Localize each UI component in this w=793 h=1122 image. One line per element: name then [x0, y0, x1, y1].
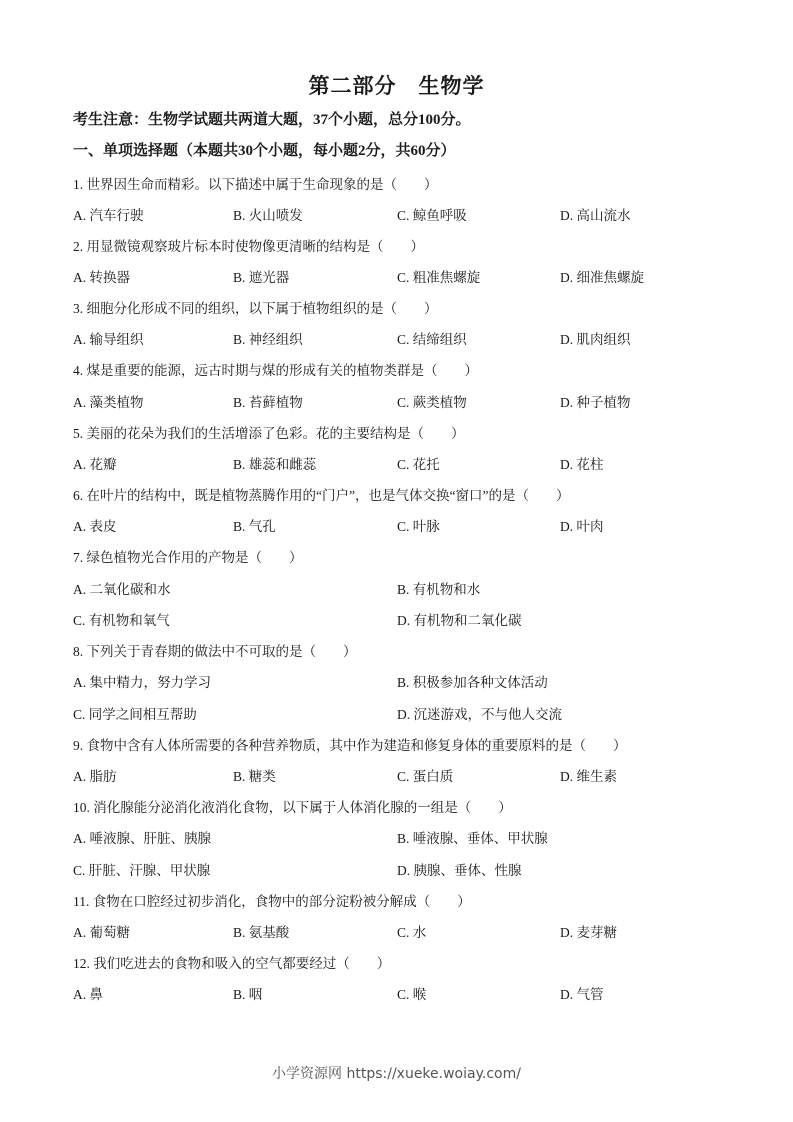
option-b: B. 糖类 — [233, 765, 276, 785]
option-b: B. 遮光器 — [233, 266, 289, 286]
options-row: A. 藻类植物 B. 苔藓植物 C. 蕨类植物 D. 种子植物 — [73, 391, 733, 411]
question-stem: 6. 在叶片的结构中，既是植物蒸腾作用的“门户”，也是气体交换“窗口”的是（ ） — [73, 484, 569, 504]
question-stem: 4. 煤是重要的能源，远古时期与煤的形成有关的植物类群是（ ） — [73, 359, 478, 379]
question-stem: 1. 世界因生命而精彩。以下描述中属于生命现象的是（ ） — [73, 173, 438, 193]
option-c: C. 喉 — [397, 983, 426, 1003]
option-d: D. 麦芽糖 — [560, 921, 617, 941]
option-c: C. 结缔组织 — [397, 328, 467, 348]
option-c: C. 花托 — [397, 453, 440, 473]
option-b: B. 唾液腺、垂体、甲状腺 — [397, 827, 548, 847]
options-row: A. 集中精力，努力学习 B. 积极参加各种文体活动 — [73, 671, 733, 691]
option-d: D. 花柱 — [560, 453, 604, 473]
option-c: C. 粗准焦螺旋 — [397, 266, 480, 286]
option-a: A. 唾液腺、肝脏、胰腺 — [73, 827, 211, 847]
options-row: A. 葡萄糖 B. 氨基酸 C. 水 D. 麦芽糖 — [73, 921, 733, 941]
option-d: D. 叶肉 — [560, 515, 604, 535]
option-a: A. 二氧化碳和水 — [73, 578, 171, 598]
option-a: A. 汽车行驶 — [73, 204, 144, 224]
options-row: A. 转换器 B. 遮光器 C. 粗准焦螺旋 D. 细准焦螺旋 — [73, 266, 733, 286]
question-stem: 9. 食物中含有人体所需要的各种营养物质，其中作为建造和修复身体的重要原料的是（… — [73, 734, 627, 754]
option-b: B. 气孔 — [233, 515, 276, 535]
option-c: C. 蕨类植物 — [397, 391, 467, 411]
option-b: B. 咽 — [233, 983, 262, 1003]
question-stem: 7. 绿色植物光合作用的产物是（ ） — [73, 546, 303, 566]
options-row: A. 输导组织 B. 神经组织 C. 结缔组织 D. 肌肉组织 — [73, 328, 733, 348]
question-stem: 10. 消化腺能分泌消化液消化食物，以下属于人体消化腺的一组是（ ） — [73, 796, 512, 816]
option-b: B. 神经组织 — [233, 328, 303, 348]
option-c: C. 肝脏、汗腺、甲状腺 — [73, 859, 210, 879]
options-row: A. 唾液腺、肝脏、胰腺 B. 唾液腺、垂体、甲状腺 — [73, 827, 733, 847]
option-c: C. 有机物和氧气 — [73, 609, 170, 629]
title-part: 第二部分 — [309, 74, 397, 98]
options-row: C. 肝脏、汗腺、甲状腺 D. 胰腺、垂体、性腺 — [73, 859, 733, 879]
options-row: A. 鼻 B. 咽 C. 喉 D. 气管 — [73, 983, 733, 1003]
option-a: A. 葡萄糖 — [73, 921, 130, 941]
question-stem: 5. 美丽的花朵为我们的生活增添了色彩。花的主要结构是（ ） — [73, 422, 465, 442]
option-d: D. 有机物和二氧化碳 — [397, 609, 522, 629]
options-row: C. 有机物和氧气 D. 有机物和二氧化碳 — [73, 609, 733, 629]
page-title: 第二部分生物学 — [0, 70, 793, 100]
option-a: A. 花瓣 — [73, 453, 117, 473]
option-d: D. 肌肉组织 — [560, 328, 631, 348]
question-stem: 8. 下列关于青春期的做法中不可取的是（ ） — [73, 640, 357, 660]
option-a: A. 表皮 — [73, 515, 117, 535]
option-b: B. 雄蕊和雌蕊 — [233, 453, 316, 473]
option-b: B. 火山喷发 — [233, 204, 303, 224]
option-b: B. 苔藓植物 — [233, 391, 303, 411]
question-stem: 3. 细胞分化形成不同的组织，以下属于植物组织的是（ ） — [73, 297, 438, 317]
option-d: D. 沉迷游戏，不与他人交流 — [397, 703, 562, 723]
option-a: A. 集中精力，努力学习 — [73, 671, 211, 691]
question-stem: 2. 用显微镜观察玻片标本时使物像更清晰的结构是（ ） — [73, 235, 424, 255]
footer-watermark: 小学资源网 https://xueke.woiay.com/ — [0, 1063, 793, 1083]
option-b: B. 积极参加各种文体活动 — [397, 671, 548, 691]
option-d: D. 种子植物 — [560, 391, 631, 411]
option-a: A. 输导组织 — [73, 328, 144, 348]
option-b: B. 氨基酸 — [233, 921, 289, 941]
option-d: D. 胰腺、垂体、性腺 — [397, 859, 522, 879]
exam-note: 考生注意：生物学试题共两道大题，37个小题，总分100分。 — [73, 108, 471, 129]
option-a: A. 藻类植物 — [73, 391, 144, 411]
option-d: D. 维生素 — [560, 765, 617, 785]
option-c: C. 蛋白质 — [397, 765, 453, 785]
option-c: C. 水 — [397, 921, 426, 941]
section-heading: 一、单项选择题（本题共30个小题，每小题2分，共60分） — [73, 139, 456, 160]
options-row: A. 二氧化碳和水 B. 有机物和水 — [73, 578, 733, 598]
options-row: A. 汽车行驶 B. 火山喷发 C. 鲸鱼呼吸 D. 高山流水 — [73, 204, 733, 224]
options-row: A. 脂肪 B. 糖类 C. 蛋白质 D. 维生素 — [73, 765, 733, 785]
options-row: A. 花瓣 B. 雄蕊和雌蕊 C. 花托 D. 花柱 — [73, 453, 733, 473]
options-row: C. 同学之间相互帮助 D. 沉迷游戏，不与他人交流 — [73, 703, 733, 723]
option-a: A. 脂肪 — [73, 765, 117, 785]
question-stem: 11. 食物在口腔经过初步消化，食物中的部分淀粉被分解成（ ） — [73, 890, 471, 910]
option-b: B. 有机物和水 — [397, 578, 480, 598]
options-row: A. 表皮 B. 气孔 C. 叶脉 D. 叶肉 — [73, 515, 733, 535]
question-stem: 12. 我们吃进去的食物和吸入的空气都要经过（ ） — [73, 952, 390, 972]
option-a: A. 鼻 — [73, 983, 103, 1003]
option-d: D. 细准焦螺旋 — [560, 266, 644, 286]
option-c: C. 鲸鱼呼吸 — [397, 204, 467, 224]
option-c: C. 叶脉 — [397, 515, 440, 535]
option-d: D. 气管 — [560, 983, 604, 1003]
option-a: A. 转换器 — [73, 266, 130, 286]
title-subject: 生物学 — [419, 74, 485, 98]
option-c: C. 同学之间相互帮助 — [73, 703, 197, 723]
option-d: D. 高山流水 — [560, 204, 631, 224]
